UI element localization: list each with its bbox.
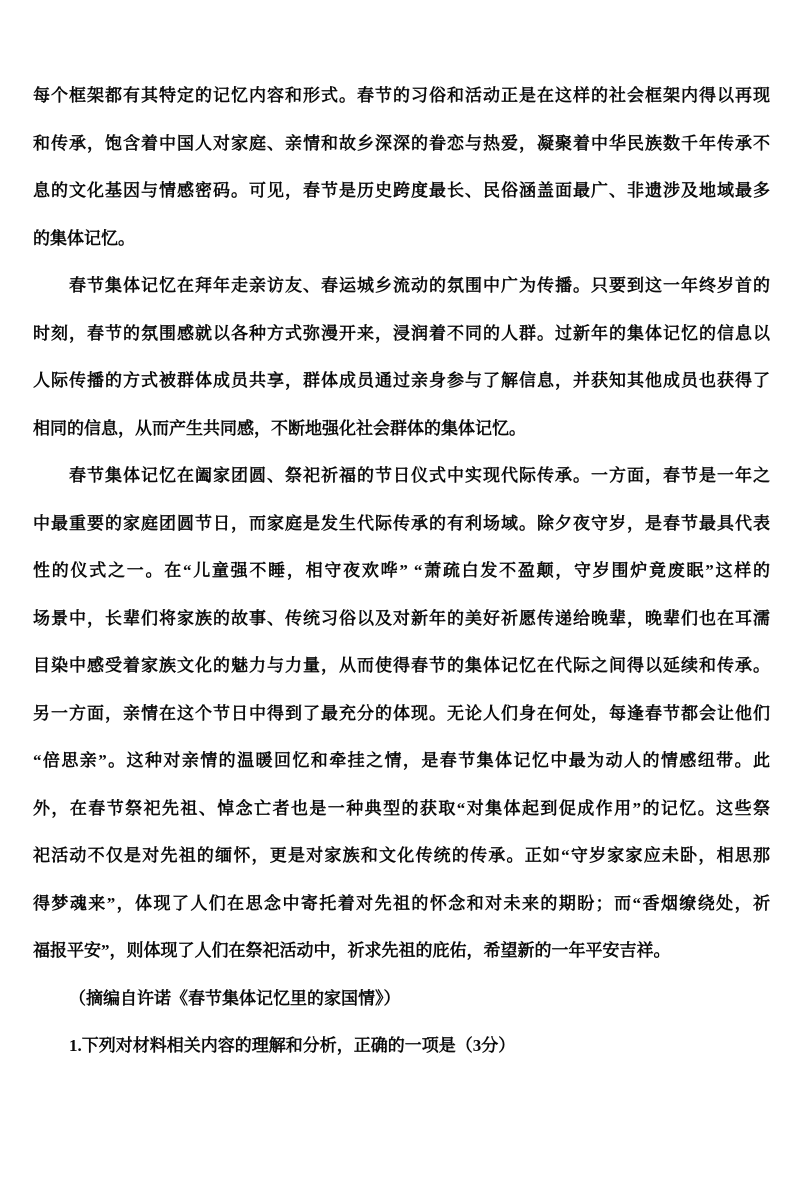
- passage-line: 每个框架都有其特定的记忆内容和形式。春节的习俗和活动正是在这样的社会框架内得以再…: [33, 72, 770, 120]
- passage-line: 时刻，春节的氛围感就以各种方式弥漫开来，浸润着不同的人群。过新年的集体记忆的信息…: [33, 310, 770, 358]
- passage-line: 目染中感受着家族文化的魅力与力量，从而使得春节的集体记忆在代际之间得以延续和传承…: [33, 642, 770, 690]
- document-page: 每个框架都有其特定的记忆内容和形式。春节的习俗和活动正是在这样的社会框架内得以再…: [0, 0, 800, 1181]
- passage-line: 性的仪式之一。在“儿童强不睡，相守夜欢哗” “萧疏白发不盈颠，守岁围炉竟废眠”这…: [33, 547, 770, 595]
- paragraph-2: 春节集体记忆在拜年走亲访友、春运城乡流动的氛围中广为传播。只要到这一年终岁首的 …: [33, 262, 770, 452]
- passage-line: 和传承，饱含着中国人对家庭、亲情和故乡深深的眷恋与热爱，凝聚着中华民族数千年传承…: [33, 120, 770, 168]
- passage-line: 的集体记忆。: [33, 215, 770, 263]
- passage-line: 中最重要的家庭团圆节日，而家庭是发生代际传承的有利场域。除夕夜守岁，是春节最具代…: [33, 500, 770, 548]
- passage-line: 外，在春节祭祀先祖、悼念亡者也是一种典型的获取“对集体起到促成作用”的记忆。这些…: [33, 785, 770, 833]
- passage-line: 另一方面，亲情在这个节日中得到了最充分的体现。无论人们身在何处，每逢春节都会让他…: [33, 690, 770, 738]
- passage-line: 得梦魂来”，体现了人们在思念中寄托着对先祖的怀念和对未来的期盼；而“香烟缭绕处，…: [33, 880, 770, 928]
- passage-line: 息的文化基因与情感密码。可见，春节是历史跨度最长、民俗涵盖面最广、非遗涉及地域最…: [33, 167, 770, 215]
- passage-line: “倍思亲”。这种对亲情的温暖回忆和牵挂之情，是春节集体记忆中最为动人的情感纽带。…: [33, 737, 770, 785]
- paragraph-1: 每个框架都有其特定的记忆内容和形式。春节的习俗和活动正是在这样的社会框架内得以再…: [33, 72, 770, 262]
- passage-line: 祀活动不仅是对先祖的缅怀，更是对家族和文化传统的传承。正如“守岁家家应未卧，相思…: [33, 832, 770, 880]
- passage-line: 场景中，长辈们将家族的故事、传统习俗以及对新年的美好祈愿传递给晚辈，晚辈们也在耳…: [33, 595, 770, 643]
- question-1: 1.下列对材料相关内容的理解和分析，正确的一项是（3分）: [33, 1022, 770, 1070]
- passage-line: 春节集体记忆在阖家团圆、祭祀祈福的节日仪式中实现代际传承。一方面，春节是一年之: [33, 452, 770, 500]
- passage-line: 春节集体记忆在拜年走亲访友、春运城乡流动的氛围中广为传播。只要到这一年终岁首的: [33, 262, 770, 310]
- passage-line: 相同的信息，从而产生共同感，不断地强化社会群体的集体记忆。: [33, 405, 770, 453]
- reading-passage: 每个框架都有其特定的记忆内容和形式。春节的习俗和活动正是在这样的社会框架内得以再…: [0, 0, 800, 1070]
- attribution-line: （摘编自许诺《春节集体记忆里的家国情》）: [33, 975, 770, 1023]
- passage-line: 福报平安”，则体现了人们在祭祀活动中，祈求先祖的庇佑，希望新的一年平安吉祥。: [33, 927, 770, 975]
- paragraph-3: 春节集体记忆在阖家团圆、祭祀祈福的节日仪式中实现代际传承。一方面，春节是一年之 …: [33, 452, 770, 975]
- passage-line: 人际传播的方式被群体成员共享，群体成员通过亲身参与了解信息，并获知其他成员也获得…: [33, 357, 770, 405]
